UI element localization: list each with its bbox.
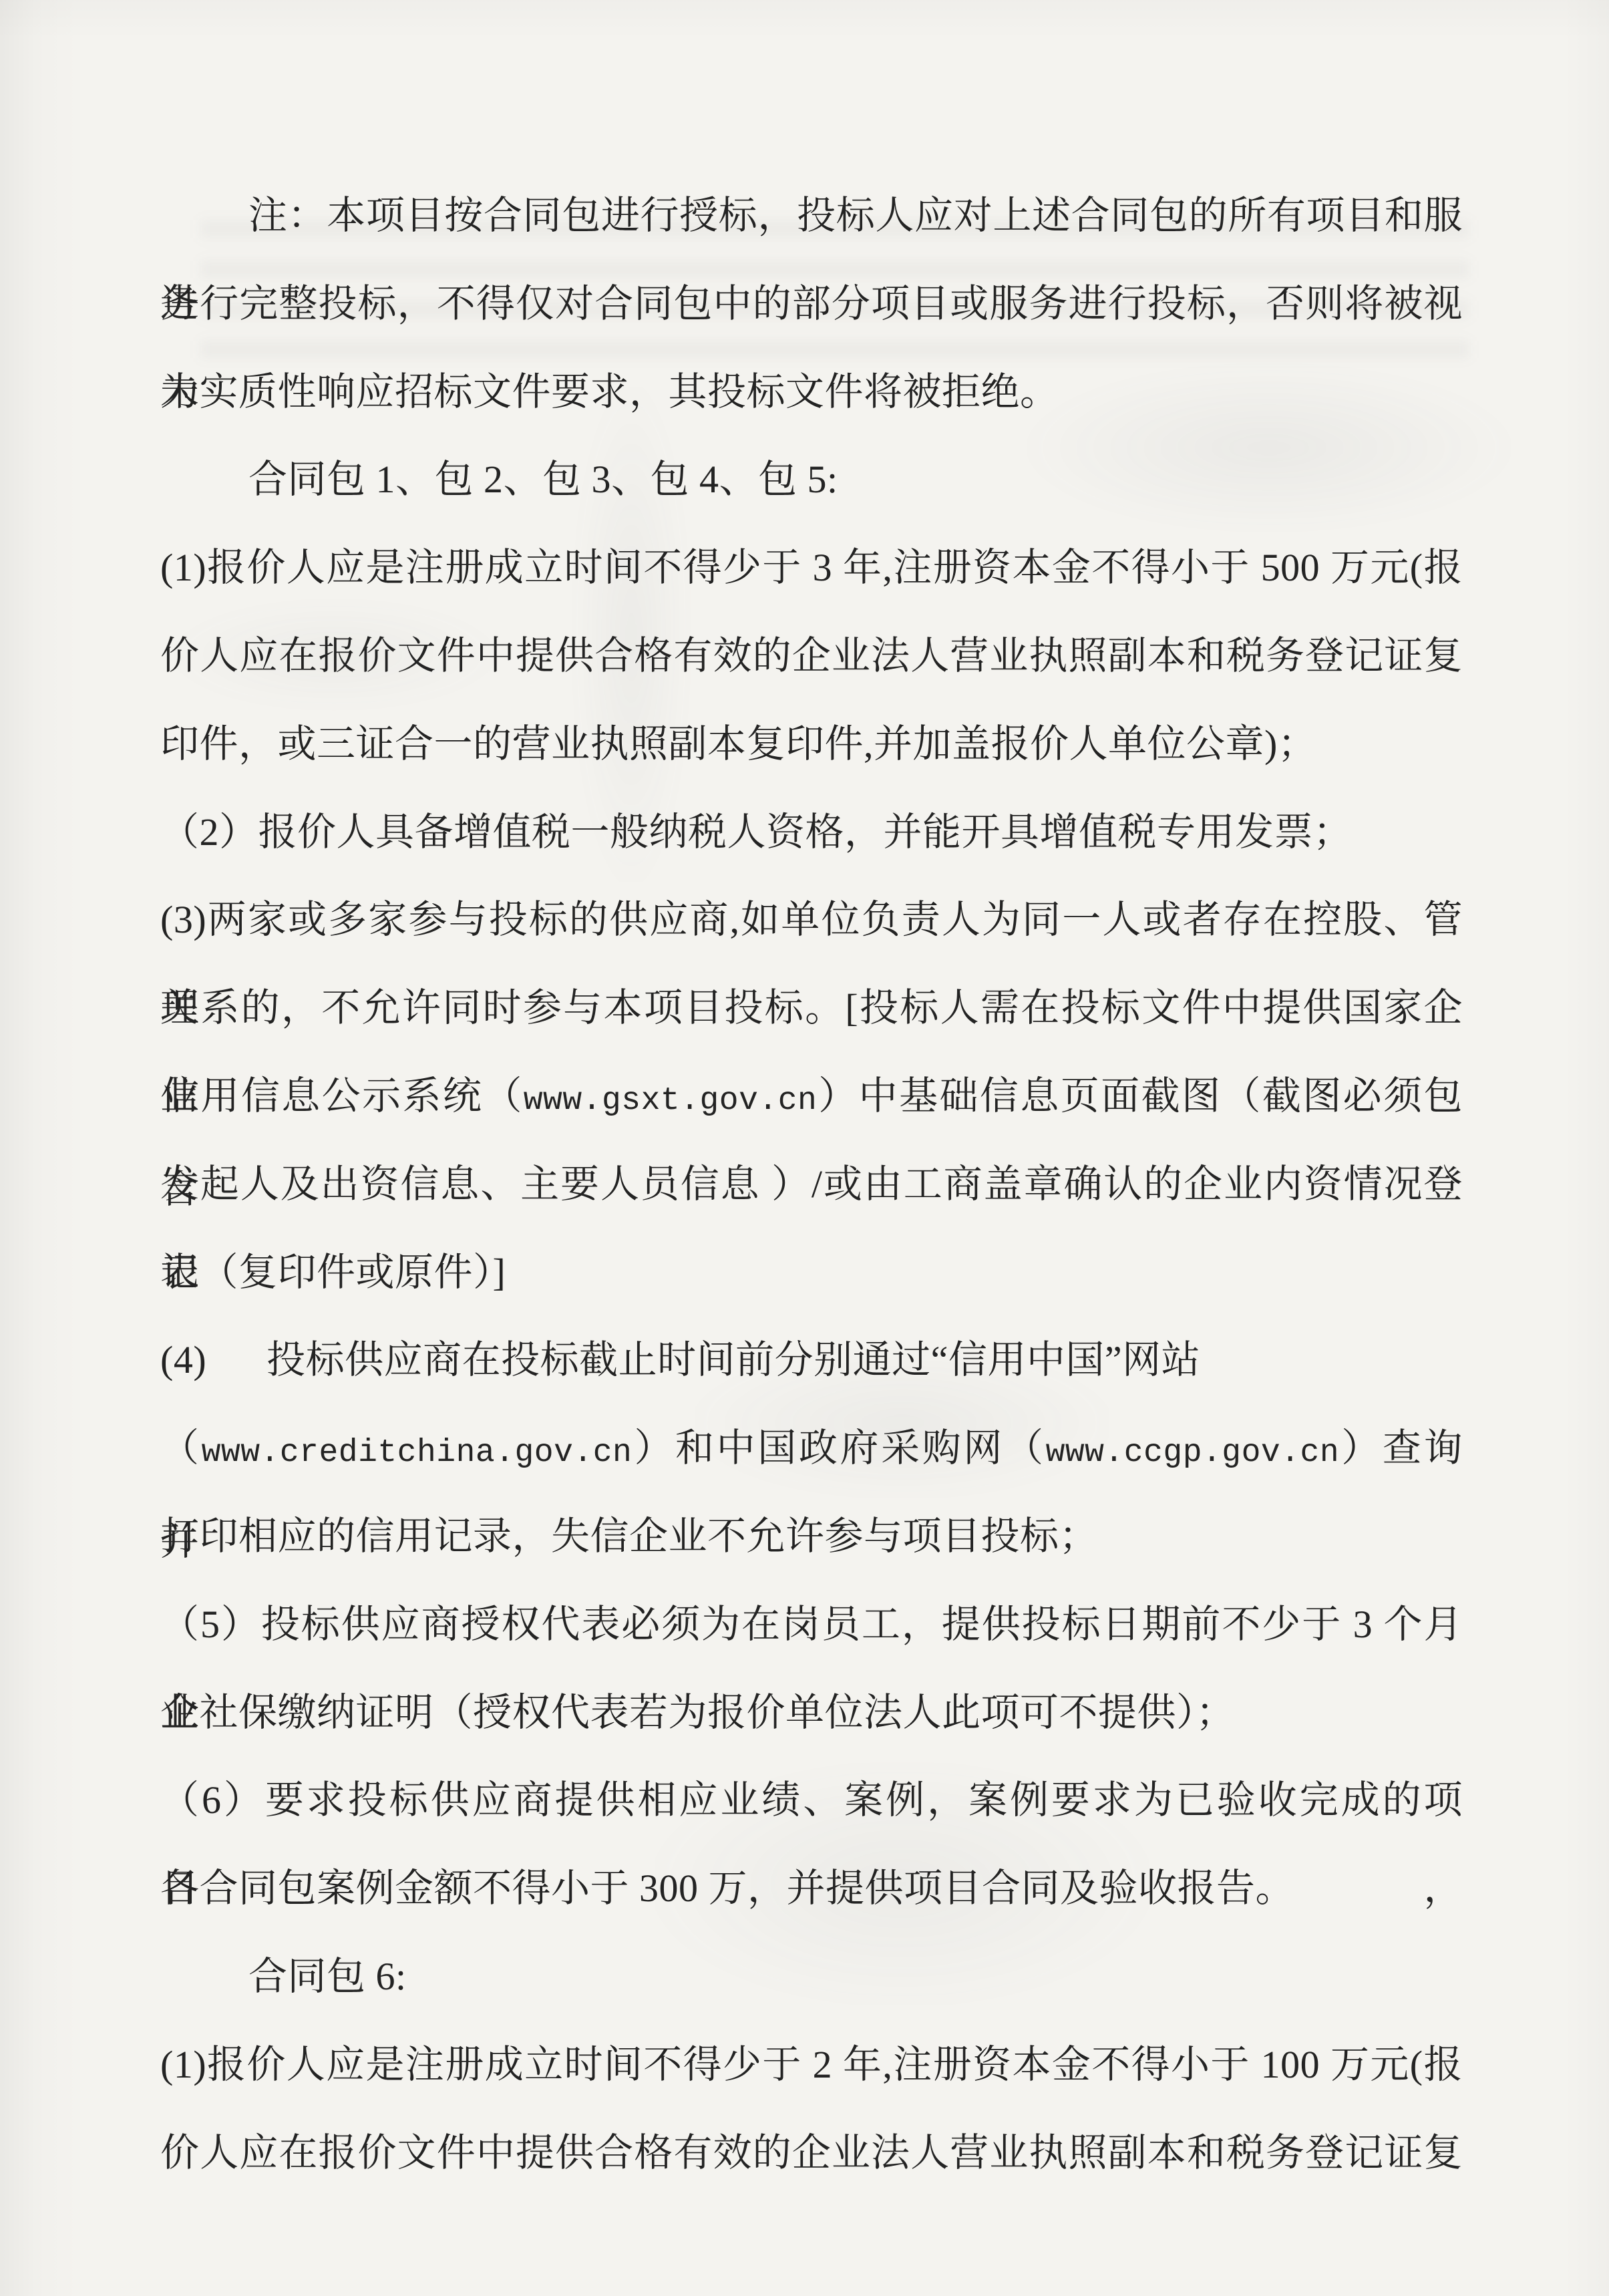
- document-line: 价人应在报价文件中提供合格有效的企业法人营业执照副本和税务登记证复: [160, 612, 1463, 700]
- text-segment: （2）报价人具备增值税一般纳税人资格，并能开具增值税专用发票；: [160, 810, 1353, 854]
- text-segment: (4) 投标供应商在投标截止时间前分别通过“信用中国”网站: [160, 1338, 1200, 1381]
- text-segment: 信用信息公示系统（: [160, 1074, 524, 1118]
- text-segment: 业社保缴纳证明（授权代表若为报价单位法人此项可不提供）；: [160, 1691, 1235, 1734]
- document-line: 各合同包案例金额不得小于 300 万，并提供项目合同及验收报告。: [160, 1844, 1463, 1933]
- document-line: (4) 投标供应商在投标截止时间前分别通过“信用中国”网站: [160, 1316, 1463, 1404]
- text-segment: (1)报价人应是注册成立时间不得少于 2 年,注册资本金不得小于 100 万元(…: [160, 2043, 1463, 2086]
- text-segment: 印件，或三证合一的营业执照副本复印件,并加盖报价人单位公章)；: [160, 722, 1316, 766]
- text-segment: 价人应在报价文件中提供合格有效的企业法人营业执照副本和税务登记证复: [160, 634, 1463, 677]
- text-segment: 各合同包案例金额不得小于 300 万，并提供项目合同及验收报告。: [160, 1866, 1294, 1910]
- text-segment: 合同包 1、包 2、包 3、包 4、包 5:: [248, 458, 838, 501]
- document-text-block: 注：本项目按合同包进行授标，投标人应对上述合同包的所有项目和服务进行完整投标，不…: [160, 172, 1463, 2196]
- text-segment: 未实质性响应招标文件要求，其投标文件将被拒绝。: [160, 370, 1059, 414]
- scanned-document-page: 注：本项目按合同包进行授标，投标人应对上述合同包的所有项目和服务进行完整投标，不…: [0, 0, 1609, 2296]
- document-line: 业社保缴纳证明（授权代表若为报价单位法人此项可不提供）；: [160, 1669, 1463, 1757]
- text-segment: 价人应在报价文件中提供合格有效的企业法人营业执照副本和税务登记证复: [160, 2131, 1463, 2174]
- text-segment: (1)报价人应是注册成立时间不得少于 3 年,注册资本金不得小于 500 万元(…: [160, 546, 1463, 589]
- document-line: 未实质性响应招标文件要求，其投标文件将被拒绝。: [160, 348, 1463, 436]
- document-line: 发起人及出资信息、主要人员信息 ）/或由工商盖章确认的企业内资情况登记: [160, 1140, 1463, 1228]
- text-segment: ）和中国政府采购网（: [632, 1426, 1045, 1470]
- text-segment: （: [160, 1426, 202, 1470]
- text-segment: 表（复印件或原件）]: [160, 1251, 506, 1294]
- document-line: 表（复印件或原件）]: [160, 1228, 1463, 1317]
- document-line: （6）要求投标供应商提供相应业绩、案例，案例要求为已验收完成的项目，: [160, 1756, 1463, 1844]
- url-text: www.ccgp.gov.cn: [1046, 1435, 1340, 1471]
- url-text: www.gsxt.gov.cn: [524, 1083, 818, 1119]
- document-line: (3)两家或多家参与投标的供应商,如单位负责人为同一人或者存在控股、管理: [160, 876, 1463, 964]
- document-line: (1)报价人应是注册成立时间不得少于 3 年,注册资本金不得小于 500 万元(…: [160, 524, 1463, 612]
- document-line: 进行完整投标，不得仅对合同包中的部分项目或服务进行投标，否则将被视为: [160, 260, 1463, 348]
- text-segment: 合同包 6:: [248, 1955, 407, 1998]
- text-segment: 打印相应的信用记录，失信企业不允许参与项目投标；: [160, 1514, 1098, 1558]
- document-line: （5）投标供应商授权代表必须为在岗员工，提供投标日期前不少于 3 个月企: [160, 1581, 1463, 1669]
- document-line: 注：本项目按合同包进行授标，投标人应对上述合同包的所有项目和服务: [160, 172, 1463, 260]
- document-line: 信用信息公示系统（www.gsxt.gov.cn）中基础信息页面截图（截图必须包…: [160, 1052, 1463, 1140]
- document-line: 价人应在报价文件中提供合格有效的企业法人营业执照副本和税务登记证复: [160, 2109, 1463, 2197]
- url-text: www.creditchina.gov.cn: [202, 1435, 633, 1471]
- document-line: 打印相应的信用记录，失信企业不允许参与项目投标；: [160, 1492, 1463, 1581]
- document-line: 关系的，不允许同时参与本项目投标。[投标人需在投标文件中提供国家企业: [160, 964, 1463, 1052]
- document-line: 合同包 6:: [160, 1933, 1463, 2021]
- document-line: (1)报价人应是注册成立时间不得少于 2 年,注册资本金不得小于 100 万元(…: [160, 2021, 1463, 2109]
- document-line: 合同包 1、包 2、包 3、包 4、包 5:: [160, 436, 1463, 524]
- document-line: （2）报价人具备增值税一般纳税人资格，并能开具增值税专用发票；: [160, 788, 1463, 876]
- document-line: （www.creditchina.gov.cn）和中国政府采购网（www.ccg…: [160, 1404, 1463, 1492]
- document-line: 印件，或三证合一的营业执照副本复印件,并加盖报价人单位公章)；: [160, 700, 1463, 788]
